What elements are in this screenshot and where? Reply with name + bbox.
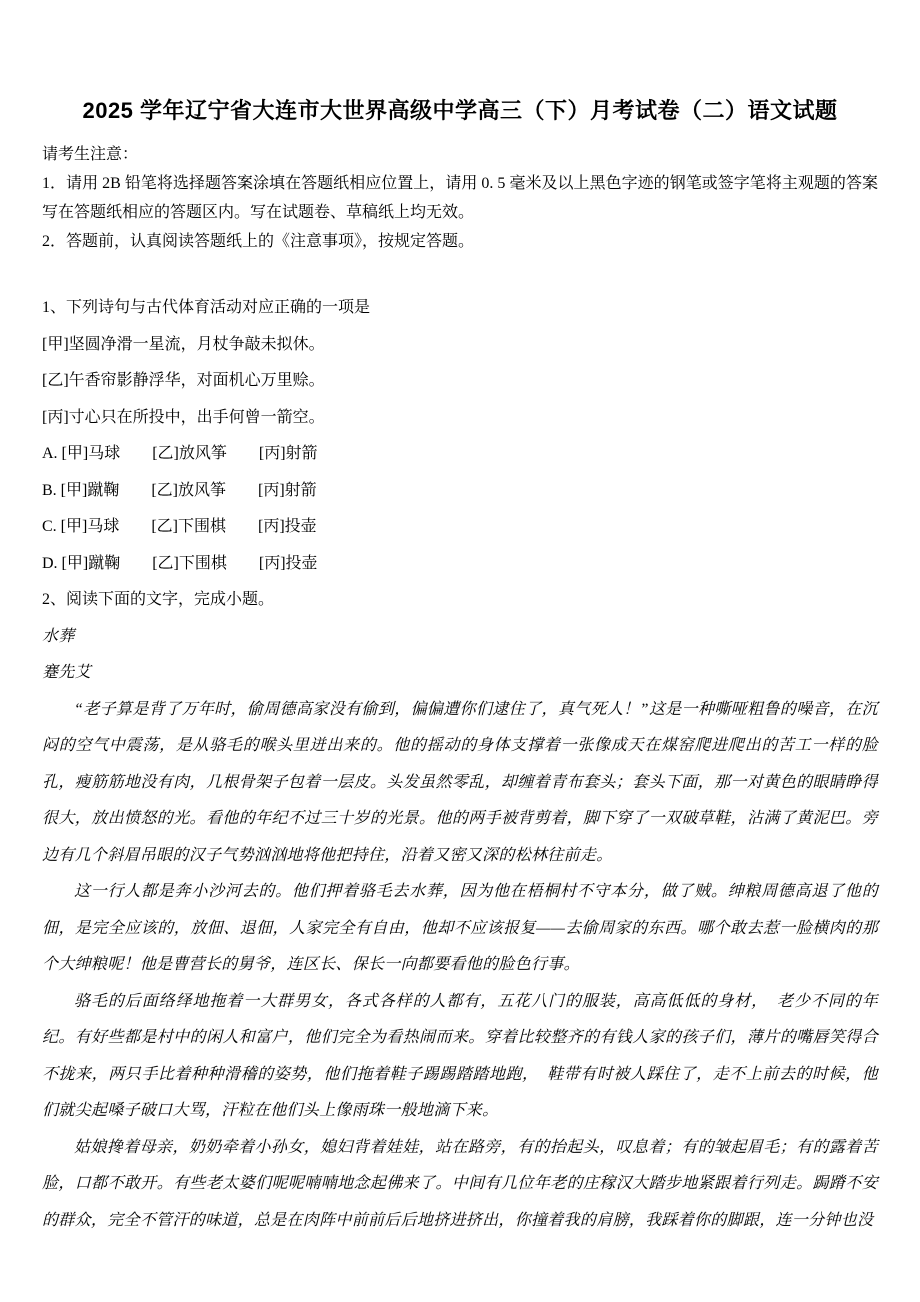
passage-author: 蹇先艾 [42,655,878,692]
candidate-notice-section: 请考生注意： 1．请用 2B 铅笔将选择题答案涂填在答题纸相应位置上，请用 0.… [42,140,878,256]
question-1-poem-bing: [丙]寸心只在所投中，出手何曾一箭空。 [42,400,878,437]
question-1-stem: 1、下列诗句与古代体育活动对应正确的一项是 [42,290,878,327]
notice-item-2: 2．答题前，认真阅读答题纸上的《注意事项》，按规定答题。 [42,227,878,256]
question-1-poem-jia: [甲]坚圆净滑一星流，月杖争敲未拟休。 [42,327,878,364]
question-1-option-b: B. [甲]蹴鞠 [乙]放风筝 [丙]射箭 [42,473,878,510]
question-2-stem: 2、阅读下面的文字，完成小题。 [42,582,878,619]
passage-title: 水葬 [42,619,878,656]
reading-passage: 水葬 蹇先艾 “老子算是背了万年时，偷周德高家没有偷到，偏偏遭你们逮住了，真气死… [42,619,878,1240]
notice-heading: 请考生注意： [42,140,878,169]
question-1-option-d: D. [甲]蹴鞠 [乙]下围棋 [丙]投壶 [42,546,878,583]
question-1-poem-yi: [乙]午香帘影静浮华，对面机心万里赊。 [42,363,878,400]
passage-paragraph-3: 骆毛的后面络绎地拖着一大群男女，各式各样的人都有，五花八门的服装，高高低低的身材… [42,984,878,1130]
passage-paragraph-4: 姑娘搀着母亲，奶奶牵着小孙女，媳妇背着娃娃，站在路旁，有的抬起头，叹息着；有的皱… [42,1130,878,1240]
question-1-option-c: C. [甲]马球 [乙]下围棋 [丙]投壶 [42,509,878,546]
question-1-section: 1、下列诗句与古代体育活动对应正确的一项是 [甲]坚圆净滑一星流，月杖争敲未拟休… [42,290,878,582]
exam-paper-page: 2025 学年辽宁省大连市大世界高级中学高三（下）月考试卷（二）语文试题 请考生… [0,0,920,1302]
passage-paragraph-2: 这一行人都是奔小沙河去的。他们押着骆毛去水葬，因为他在梧桐村不守本分，做了贼。绅… [42,874,878,984]
notice-item-1: 1．请用 2B 铅笔将选择题答案涂填在答题纸相应位置上，请用 0. 5 毫米及以… [42,169,878,227]
question-2-section: 2、阅读下面的文字，完成小题。 水葬 蹇先艾 “老子算是背了万年时，偷周德高家没… [42,582,878,1239]
passage-paragraph-1: “老子算是背了万年时，偷周德高家没有偷到，偏偏遭你们逮住了，真气死人！”这是一种… [42,692,878,875]
page-title: 2025 学年辽宁省大连市大世界高级中学高三（下）月考试卷（二）语文试题 [42,96,878,126]
question-1-option-a: A. [甲]马球 [乙]放风筝 [丙]射箭 [42,436,878,473]
